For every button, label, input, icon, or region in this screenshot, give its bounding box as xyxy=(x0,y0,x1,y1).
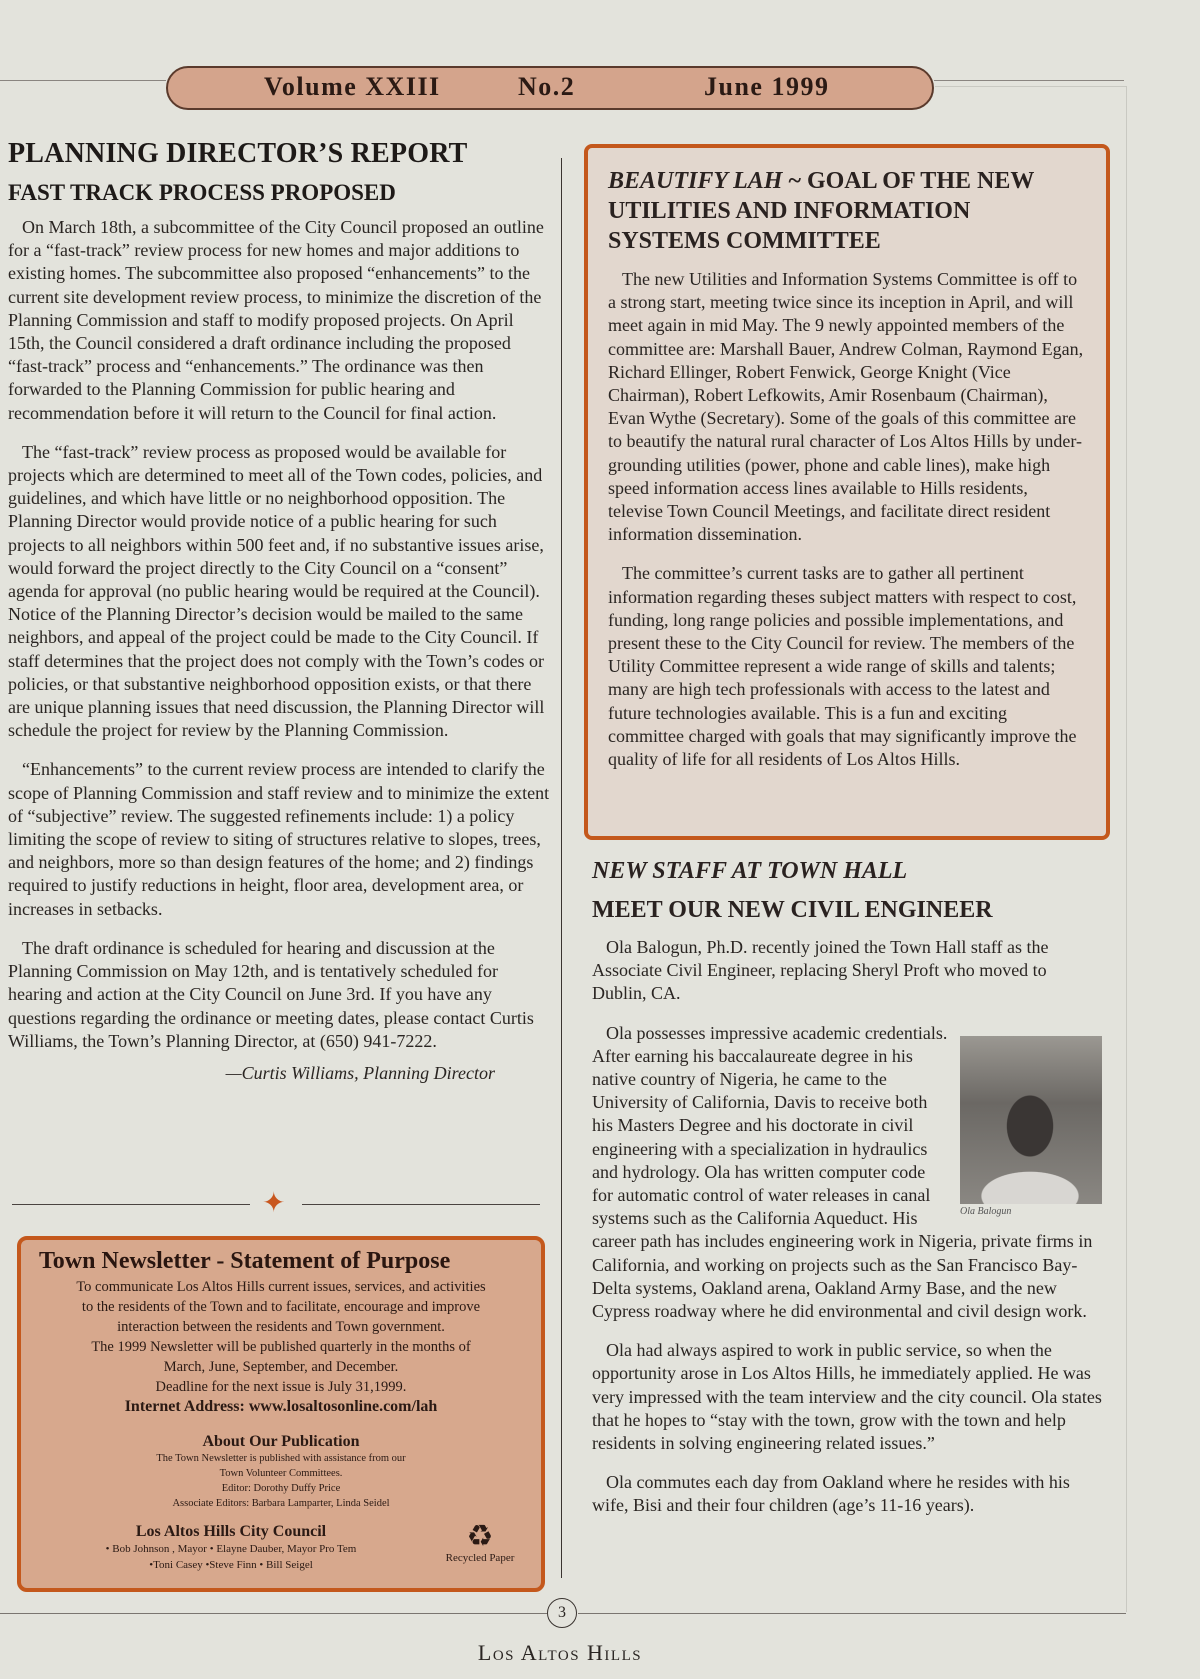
issue-date: June 1999 xyxy=(704,72,829,102)
paragraph: The committee’s current tasks are to gat… xyxy=(608,562,1086,771)
footer-rule-right xyxy=(578,1613,1126,1614)
article-title: MEET OUR NEW CIVIL ENGINEER xyxy=(592,897,1102,924)
purpose-line: to the residents of the Town and to faci… xyxy=(21,1297,541,1317)
purpose-line: March, June, September, and December. xyxy=(21,1357,541,1377)
beautify-title: BEAUTIFY LAH ~ GOAL OF THE NEW UTILITIES… xyxy=(608,166,1086,256)
internet-address: Internet Address: www.losaltosonline.com… xyxy=(21,1397,541,1417)
page-number: 3 xyxy=(547,1598,577,1628)
planning-report-article: PLANNING DIRECTOR’S REPORT FAST TRACK PR… xyxy=(8,138,553,1084)
purpose-line: Deadline for the next issue is July 31,1… xyxy=(21,1377,541,1397)
issue-banner: Volume XXIII No.2 June 1999 xyxy=(166,66,934,110)
about-line: Town Volunteer Committees. xyxy=(21,1466,541,1481)
article-subtitle: FAST TRACK PROCESS PROPOSED xyxy=(8,180,553,206)
paragraph: The draft ordinance is scheduled for hea… xyxy=(8,937,553,1053)
header-rule-left xyxy=(0,80,166,81)
purpose-line: The 1999 Newsletter will be published qu… xyxy=(21,1337,541,1357)
statement-of-purpose-box: Town Newsletter - Statement of Purpose T… xyxy=(17,1236,545,1592)
purpose-line: interaction between the residents and To… xyxy=(21,1317,541,1337)
four-point-star-icon: ✦ xyxy=(262,1190,285,1218)
ornament-rule-right xyxy=(302,1204,540,1205)
associate-editors-line: Associate Editors: Barbara Lamparter, Li… xyxy=(21,1496,541,1511)
beautify-lah-box: BEAUTIFY LAH ~ GOAL OF THE NEW UTILITIES… xyxy=(584,144,1110,840)
volume-label: Volume XXIII xyxy=(264,72,441,102)
section-kicker: NEW STAFF AT TOWN HALL xyxy=(592,858,1102,885)
recycle-icon: ♻ xyxy=(435,1522,525,1552)
staff-photo: Ola Balogun xyxy=(960,1036,1102,1217)
footer-rule-left xyxy=(0,1613,547,1614)
recycled-paper-badge: ♻ Recycled Paper xyxy=(435,1522,525,1564)
new-staff-article: NEW STAFF AT TOWN HALL MEET OUR NEW CIVI… xyxy=(592,858,1102,1534)
paragraph: Ola had always aspired to work in public… xyxy=(592,1339,1102,1455)
column-divider xyxy=(561,158,562,1578)
purpose-title: Town Newsletter - Statement of Purpose xyxy=(39,1248,541,1275)
paragraph: On March 18th, a subcommittee of the Cit… xyxy=(8,216,553,425)
page-frame-top xyxy=(935,86,1127,87)
about-title: About Our Publication xyxy=(21,1433,541,1451)
paragraph: Ola commutes each day from Oakland where… xyxy=(592,1471,1102,1517)
paragraph: The new Utilities and Information System… xyxy=(608,268,1086,546)
about-line: The Town Newsletter is published with as… xyxy=(21,1451,541,1466)
recycled-paper-label: Recycled Paper xyxy=(435,1552,525,1564)
photo-caption: Ola Balogun xyxy=(960,1206,1102,1217)
byline: —Curtis Williams, Planning Director xyxy=(8,1063,553,1084)
paragraph: “Enhancements” to the current review pro… xyxy=(8,758,553,920)
beautify-title-italic: BEAUTIFY LAH xyxy=(608,168,782,194)
article-title: PLANNING DIRECTOR’S REPORT xyxy=(8,138,553,170)
ornament-rule-left xyxy=(12,1204,250,1205)
paragraph: Ola Balogun, Ph.D. recently joined the T… xyxy=(592,936,1102,1006)
footer-title: Los Altos Hills xyxy=(0,1640,1120,1666)
page-frame-right xyxy=(1126,86,1127,1612)
purpose-line: To communicate Los Altos Hills current i… xyxy=(21,1277,541,1297)
paragraph: The “fast-track” review process as propo… xyxy=(8,441,553,743)
editor-line: Editor: Dorothy Duffy Price xyxy=(21,1481,541,1496)
header-rule-right xyxy=(934,80,1124,81)
section-ornament: ✦ xyxy=(12,1194,540,1214)
portrait-image xyxy=(960,1036,1102,1204)
issue-number: No.2 xyxy=(518,72,575,102)
